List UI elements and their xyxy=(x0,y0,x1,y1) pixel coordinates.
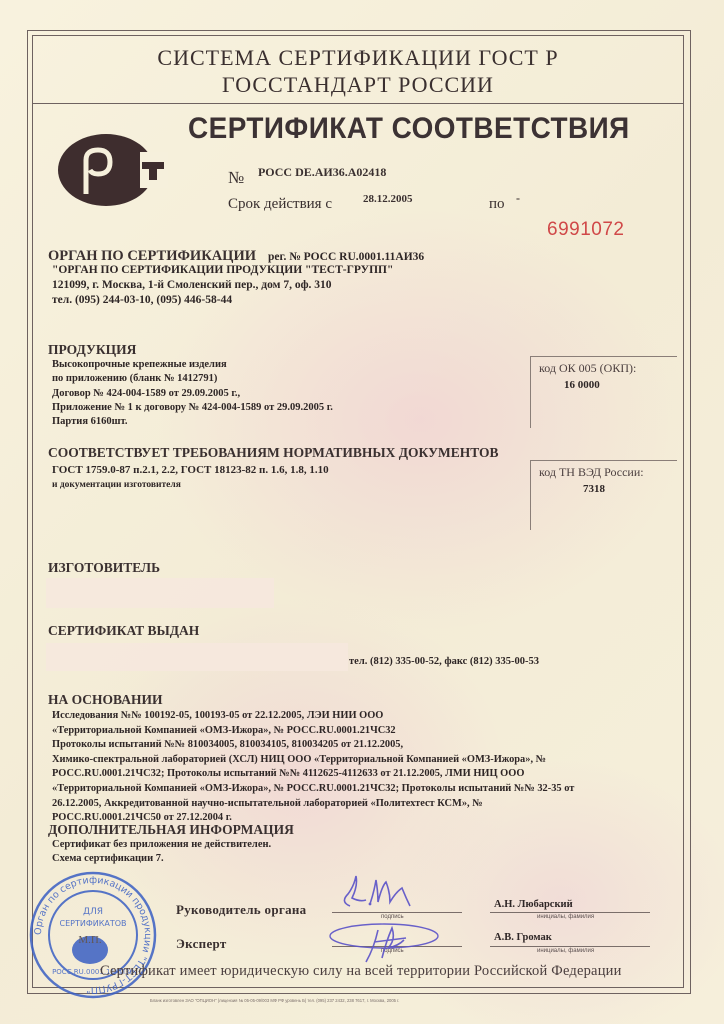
basis-line: РОСС.RU.0001.21ЧС32; Протоколы испытаний… xyxy=(52,767,574,782)
expert-label: Эксперт xyxy=(176,936,227,952)
additional-info-line: Схема сертификации 7. xyxy=(52,852,271,866)
issued-to-redacted xyxy=(46,643,348,671)
printer-note: Бланк изготовлен ЗАО "ОПЦИОН" (лицензия … xyxy=(150,998,399,1003)
stamp-center-line2: СЕРТИФИКАТОВ xyxy=(59,919,126,928)
certificate-number: РОСС DE.АИ36.А02418 xyxy=(258,165,386,180)
product-line: Договор № 424-004-1589 от 29.09.2005 г., xyxy=(52,387,333,401)
basis-line: Химико-спектральной лабораторией (ХСЛ) Н… xyxy=(52,753,574,768)
okp-code-label: код ОК 005 (ОКП): xyxy=(539,361,677,376)
certification-body-address: 121099, г. Москва, 1-й Смоленский пер., … xyxy=(52,278,393,293)
agency-title: ГОССТАНДАРТ РОССИИ xyxy=(32,72,684,98)
head-of-body-label: Руководитель органа xyxy=(176,902,306,918)
basis-details: Исследования №№ 100192-05, 100193-05 от … xyxy=(52,709,574,826)
basis-line: «Территориальной Компанией «ОМЗ-Ижора», … xyxy=(52,782,574,797)
basis-line: Исследования №№ 100192-05, 100193-05 от … xyxy=(52,709,574,724)
head-name: А.Н. Любарский xyxy=(494,899,573,910)
valid-from-date: 28.12.2005 xyxy=(363,193,413,205)
certification-body-details: "ОРГАН ПО СЕРТИФИКАЦИИ ПРОДУКЦИИ "ТЕСТ-Г… xyxy=(52,263,393,308)
additional-info-line: Сертификат без приложения не действителе… xyxy=(52,838,271,852)
head-signature-icon xyxy=(330,872,420,916)
system-title: СИСТЕМА СЕРТИФИКАЦИИ ГОСТ Р xyxy=(32,45,684,71)
legal-force-statement: Сертификат имеет юридическую силу на все… xyxy=(100,963,622,980)
tnved-code-label: код ТН ВЭД России: xyxy=(539,465,677,480)
product-line: Приложение № 1 к договору № 424-004-1589… xyxy=(52,401,333,415)
certification-body-phone: тел. (095) 244-03-10, (095) 446-58-44 xyxy=(52,293,393,308)
head-name-caption: инициалы, фамилия xyxy=(537,914,594,920)
tnved-code-value: 7318 xyxy=(583,483,677,495)
basis-line: «Территориальной Компанией «ОМЗ-Ижора», … xyxy=(52,724,574,739)
issued-to-title: СЕРТИФИКАТ ВЫДАН xyxy=(48,623,199,639)
serial-number: 6991072 xyxy=(547,219,624,241)
basis-line: Протоколы испытаний №№ 810034005, 810034… xyxy=(52,738,574,753)
product-details: Высокопрочные крепежные изделия по прило… xyxy=(52,358,333,429)
issued-to-contacts: тел. (812) 335-00-52, факс (812) 335-00-… xyxy=(349,655,539,669)
expert-name-line xyxy=(490,946,650,947)
certification-body-name: "ОРГАН ПО СЕРТИФИКАЦИИ ПРОДУКЦИИ "ТЕСТ-Г… xyxy=(52,263,393,278)
okp-code-value: 16 0000 xyxy=(564,379,677,391)
certification-body-reg-number: рег. № РОСС RU.0001.11АИ36 xyxy=(268,251,424,263)
header-divider xyxy=(32,103,684,104)
valid-to-date: - xyxy=(516,191,520,206)
basis-line: 26.12.2005, Аккредитованной научно-испыт… xyxy=(52,797,574,812)
tnved-code-box: код ТН ВЭД России: 7318 xyxy=(530,460,677,530)
product-line: Высокопрочные крепежные изделия xyxy=(52,358,333,372)
okp-code-box: код ОК 005 (ОКП): 16 0000 xyxy=(530,356,677,428)
stamp-mp: М.П. xyxy=(78,934,101,946)
manufacturer-title: ИЗГОТОВИТЕЛЬ xyxy=(48,560,160,576)
rst-gost-mark-icon xyxy=(58,132,168,208)
head-name-line xyxy=(490,912,650,913)
expert-signature-icon xyxy=(326,918,446,966)
expert-name-caption: инициалы, фамилия xyxy=(537,948,594,954)
expert-name: А.В. Громак xyxy=(494,932,552,943)
basis-title: НА ОСНОВАНИИ xyxy=(48,692,162,708)
stamp-center-line1: ДЛЯ xyxy=(83,907,103,917)
certification-body-stamp-icon: Орган по сертификации продукции "ТЕСТ-ГР… xyxy=(28,870,158,1000)
additional-info-details: Сертификат без приложения не действителе… xyxy=(52,838,271,866)
product-title: ПРОДУКЦИЯ xyxy=(48,342,136,358)
compliance-standards: ГОСТ 1759.0-87 п.2.1, 2.2, ГОСТ 18123-82… xyxy=(52,463,329,477)
compliance-documentation: и документации изготовителя xyxy=(52,478,181,492)
product-line: Партия 6160шт. xyxy=(52,415,333,429)
valid-to-label: по xyxy=(489,196,505,213)
validity-label: Срок действия с xyxy=(228,196,332,213)
document-title: СЕРТИФИКАТ СООТВЕТСТВИЯ xyxy=(188,112,630,146)
additional-info-title: ДОПОЛНИТЕЛЬНАЯ ИНФОРМАЦИЯ xyxy=(48,822,294,838)
product-line: по приложению (бланк № 1412791) xyxy=(52,372,333,386)
manufacturer-redacted xyxy=(46,578,274,608)
certification-body-title: ОРГАН ПО СЕРТИФИКАЦИИ xyxy=(48,248,256,264)
compliance-title: СООТВЕТСТВУЕТ ТРЕБОВАНИЯМ НОРМАТИВНЫХ ДО… xyxy=(48,445,499,461)
number-sign: № xyxy=(228,168,244,188)
